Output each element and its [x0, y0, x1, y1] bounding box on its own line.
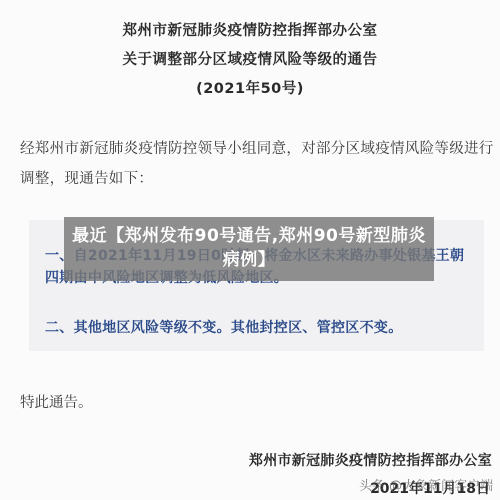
issuer-title: 郑州市新冠肺炎疫情防控指挥部办公室 — [0, 19, 500, 40]
notice-number: (2021年50号) — [0, 77, 500, 98]
headline-overlay: 最近【郑州发布90号通告,郑州90号新型肺炎病例】 — [64, 217, 434, 281]
closing-text: 特此通告。 — [20, 391, 93, 412]
signature: 郑州市新冠肺炎疫情防控指挥部办公室 — [249, 450, 492, 470]
item-2: 二、其他地区风险等级不变。其他封控区、管控区不变。 — [45, 317, 403, 337]
notice-title: 关于调整部分区域疫情风险等级的通告 — [0, 48, 500, 69]
watermark: 头条 @大象新闻客户端 — [359, 475, 493, 494]
intro-line-2: 调整，现通告如下： — [20, 167, 153, 188]
document-page: 郑州市新冠肺炎疫情防控指挥部办公室 关于调整部分区域疫情风险等级的通告 (202… — [0, 0, 500, 500]
intro-line-1: 经郑州市新冠肺炎疫情防控领导小组同意，对部分区域疫情风险等级进行 — [20, 137, 494, 158]
